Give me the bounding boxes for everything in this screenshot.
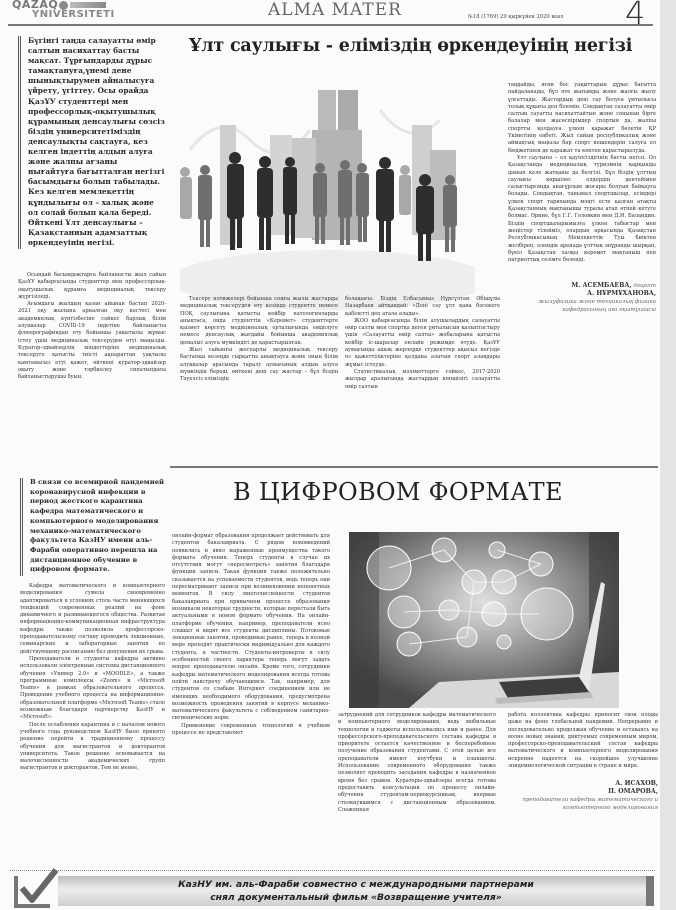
banner-dotted-rule: [10, 870, 655, 872]
author3-name: А. ИСАХОВ,: [615, 780, 658, 787]
article1-column2: Тексеру нәтижелері бойынша соңғы жылы жа…: [180, 296, 338, 384]
article2-photo: [349, 532, 619, 708]
section-divider: [170, 466, 658, 468]
article2-column3: затруднений для сотрудников кафедры мате…: [338, 712, 496, 814]
laptop-network-illustration: [349, 532, 619, 708]
article1-column3: болашағы. Біздің Елбасымыз Нұрсұлтан Әбі…: [345, 296, 500, 391]
article2-headline: В ЦИФРОВОМ ФОРМАТЕ: [233, 478, 563, 506]
article1-lead: Бүгінгі таңда салауатты өмір салтын наси…: [18, 36, 166, 249]
logo-line2: ҮNIVERSITETI: [32, 9, 122, 20]
people-silhouettes-illustration: [180, 90, 475, 310]
author2-role: жылуфизика және техникалық физика кафедр…: [538, 299, 656, 313]
banner-line2: снял документальный фильм «Возвращение у…: [58, 891, 654, 904]
article1-photo: [180, 90, 475, 310]
issue-date: №18 (1769) 29 қыркүйек 2020 жыл: [468, 14, 564, 20]
newspaper-page: QAZAQ ҮNIVERSITETI ALMA MATER №18 (1769)…: [0, 0, 660, 910]
article2-byline: А. ИСАХОВ, П. ОМАРОВА, преподаватели каф…: [508, 780, 658, 812]
author4-name: П. ОМАРОВА,: [608, 788, 658, 795]
article2-column2: онлайн-формат образования продолжает дей…: [172, 533, 330, 737]
logo-skyline-icon: [70, 2, 106, 8]
page-gutter: [660, 0, 676, 910]
banner-text[interactable]: КазНУ им. аль-Фараби совместно с междуна…: [58, 878, 654, 904]
article2-column4: работа коллектива кафедры приносит свои …: [508, 712, 658, 812]
article1-column1: Осындай басымдықтарға байланысты жыл сай…: [18, 272, 166, 381]
article1-headline: Ұлт саулығы - еліміздің өркендеуінің нег…: [189, 36, 632, 56]
section-title: ALMA MATER: [268, 0, 402, 20]
article1-column4: таңдайды, яғни бос уақыттарын дұрыс бағы…: [508, 82, 656, 314]
banner-line1: КазНУ им. аль-Фараби совместно с междуна…: [58, 878, 654, 891]
checkmark-icon: [14, 876, 50, 908]
author1-name: М. АСЕМБАЕВА,: [571, 282, 631, 289]
masthead: QAZAQ ҮNIVERSITETI ALMA MATER №18 (1769)…: [8, 0, 653, 26]
authors-role: преподаватели кафедры математического и …: [522, 797, 658, 811]
promo-banner[interactable]: КазНУ им. аль-Фараби совместно с междуна…: [10, 870, 655, 908]
author1-role: доцент: [633, 283, 656, 289]
newspaper-logo[interactable]: QAZAQ ҮNIVERSITETI: [12, 0, 122, 24]
author2-name: А. НҰРМҰХАНОВА,: [587, 290, 656, 297]
article2-column1: Кафедра математического и компьютерного …: [20, 583, 165, 773]
page-number: 4: [625, 0, 645, 32]
article1-byline: М. АСЕМБАЕВА, доцент А. НҰРМҰХАНОВА, жыл…: [508, 282, 656, 314]
article2-lead: В связи со всемирной пандемией коронавир…: [20, 478, 170, 576]
